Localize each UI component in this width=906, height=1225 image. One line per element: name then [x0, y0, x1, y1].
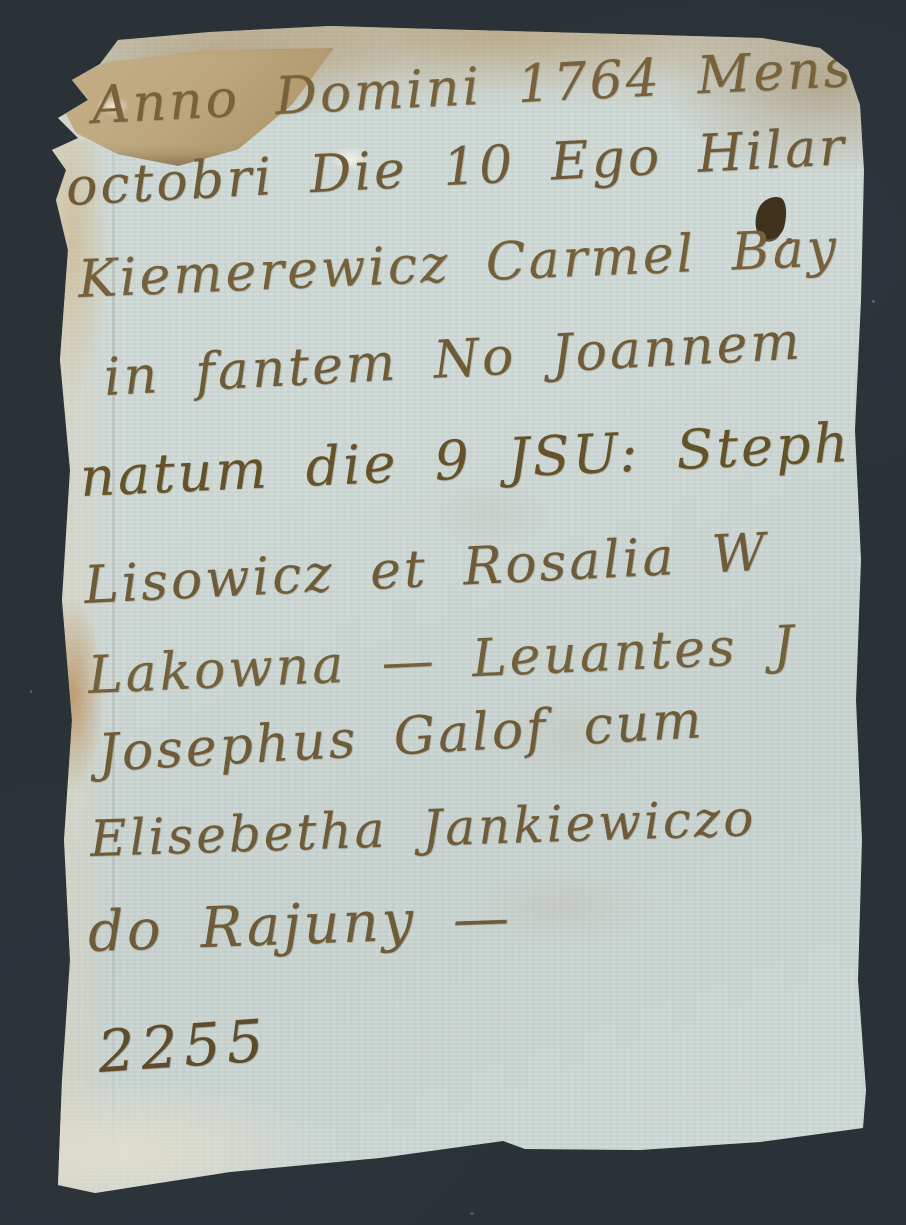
dust-speck: [30, 690, 32, 693]
catalog-number: 2255: [96, 1006, 272, 1086]
scan-background: Anno Domini 1764 Mens octobri Die 10 Ego…: [0, 0, 906, 1225]
dust-speck: [470, 1212, 474, 1215]
dust-speck: [872, 300, 875, 303]
manuscript-page: Anno Domini 1764 Mens octobri Die 10 Ego…: [0, 0, 906, 1225]
torn-bottom-corner: [40, 1080, 320, 1200]
